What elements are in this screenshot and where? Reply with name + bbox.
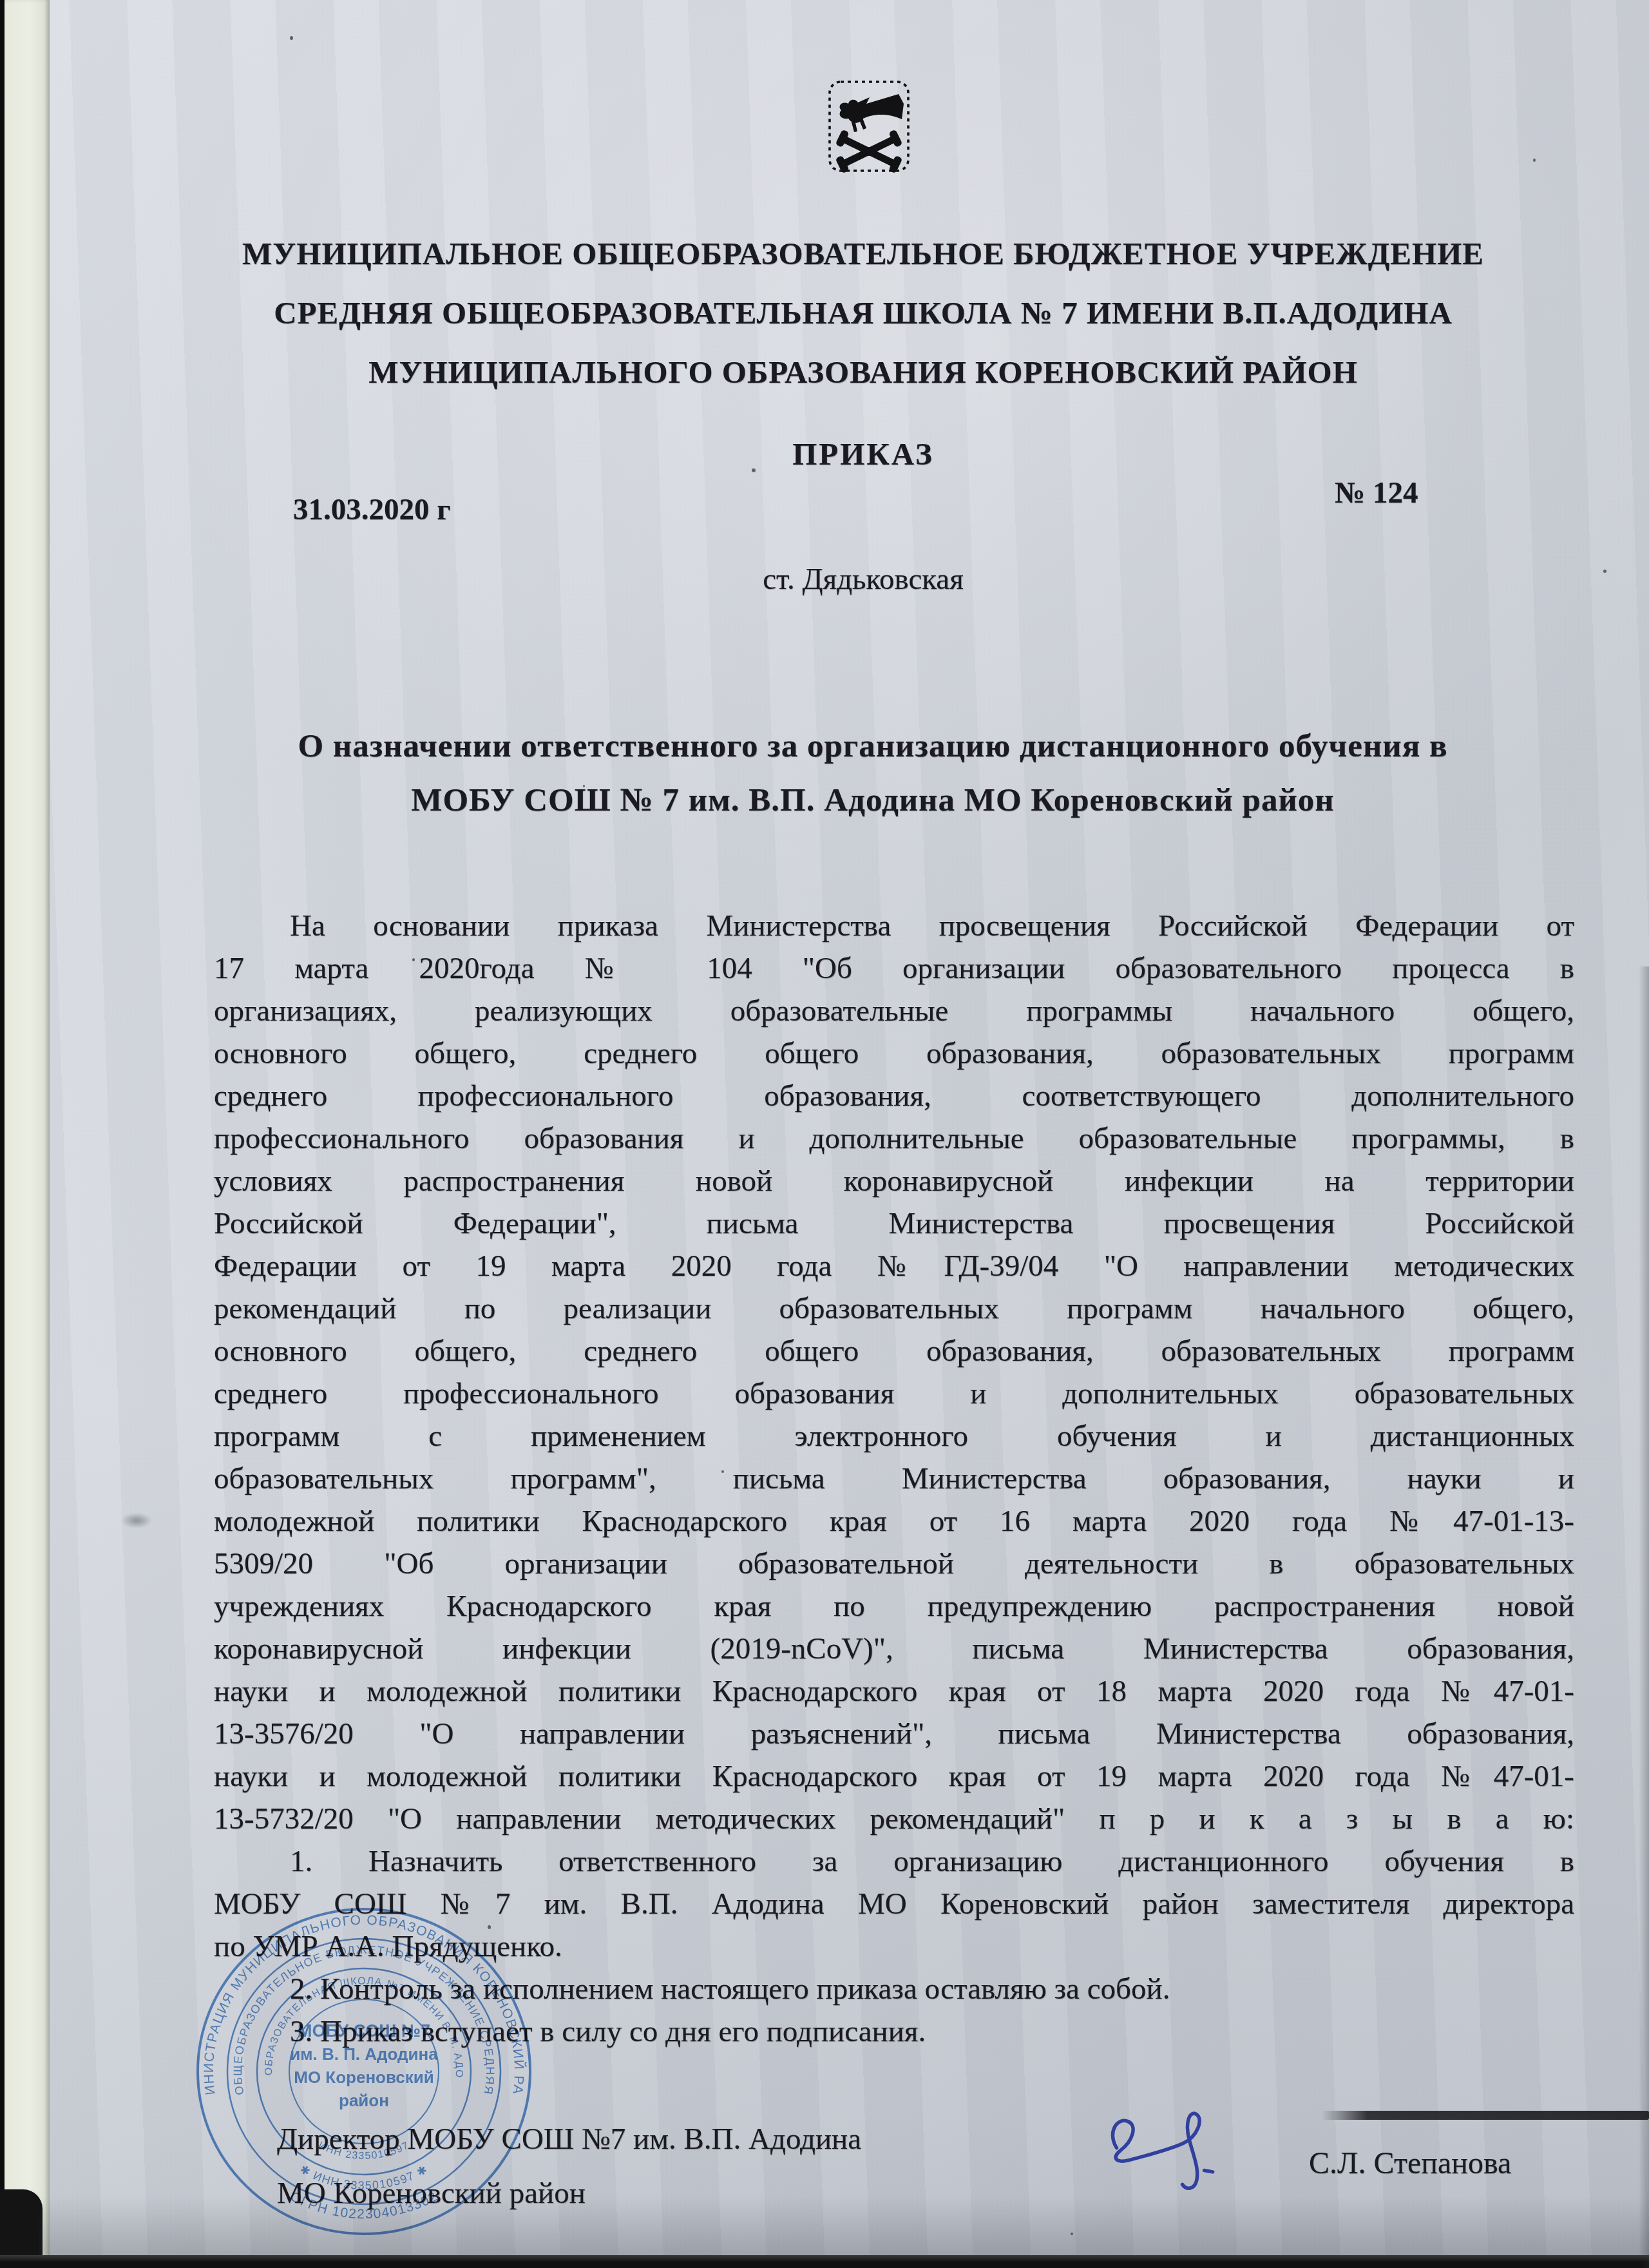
body-line: 1. Назначить ответственного за организац… <box>214 1840 1574 1883</box>
body-line: основного общего, среднего общего образо… <box>214 1032 1574 1075</box>
scan-speck <box>583 785 585 787</box>
scan-speck <box>290 36 293 40</box>
org-name-line: СРЕДНЯЯ ОБЩЕОБРАЗОВАТЕЛЬНАЯ ШКОЛА № 7 ИМ… <box>213 283 1514 343</box>
stamp-center-line: МОБУ СОШ №7 <box>298 2021 430 2041</box>
signer-name: С.Л. Степанова <box>1309 2146 1511 2181</box>
handwritten-signature-icon <box>1071 2087 1252 2218</box>
order-date: 31.03.2020 г <box>293 492 451 527</box>
org-name-line: МУНИЦИПАЛЬНОГО ОБРАЗОВАНИЯ КОРЕНОВСКИЙ Р… <box>213 343 1514 402</box>
scan-speck <box>752 468 756 472</box>
stamp-center-line: МО Кореновский <box>294 2068 434 2087</box>
organization-name: МУНИЦИПАЛЬНОЕ ОБЩЕОБРАЗОВАТЕЛЬНОЕ БЮДЖЕТ… <box>213 224 1514 402</box>
stamp-center-line: им. В. П. Адодина <box>290 2044 438 2064</box>
round-seal-stamp: АДМИНИСТРАЦИЯ МУНИЦИПАЛЬНОГО ОБРАЗОВАНИЯ… <box>193 1904 535 2239</box>
body-line: образовательных программ", письма Минист… <box>214 1457 1574 1500</box>
body-line: науки и молодежной политики Краснодарско… <box>214 1670 1574 1713</box>
document-title: О назначении ответственного за организац… <box>225 719 1520 827</box>
scan-right-shadow <box>1639 966 1649 2268</box>
body-line: организациях, реализующих образовательны… <box>214 990 1574 1032</box>
order-label: ПРИКАЗ <box>219 436 1507 472</box>
order-place: ст. Дядьковская <box>219 562 1507 597</box>
body-line: 13-3576/20 "О направлении разъяснений", … <box>214 1713 1574 1755</box>
body-line: учреждениях Краснодарского края по преду… <box>214 1585 1574 1628</box>
scan-bottom-edge <box>0 2255 1649 2268</box>
scan-speck <box>721 1470 724 1473</box>
body-line: условиях распространения новой коронавир… <box>214 1160 1574 1202</box>
scan-smudge <box>121 1513 152 1528</box>
scan-fold-line <box>1322 2111 1649 2120</box>
scanner-bed-strip <box>5 0 50 2268</box>
body-line: 5309/20 "Об организации образовательной … <box>214 1542 1574 1585</box>
body-line: Федерации от 19 марта 2020 года №ГД-39/0… <box>214 1245 1574 1287</box>
body-line: коронавирусной инфекции (2019-nCoV)", пи… <box>214 1628 1574 1670</box>
body-line: Российской Федерации", письма Министерст… <box>214 1202 1574 1245</box>
scan-speck <box>1071 2233 1073 2235</box>
body-line: среднего профессионального образования, … <box>214 1075 1574 1117</box>
scan-speck <box>488 1925 491 1929</box>
order-body-text: На основании приказа Министерства просве… <box>214 905 1574 2053</box>
document-title-line: МОБУ СОШ № 7 им. В.П. Адодина МО Коренов… <box>225 773 1520 827</box>
stamp-middle-bottom-text: ✱ ИНН 2335010597 ✱ <box>298 2162 430 2192</box>
body-line: программ с применением электронного обуч… <box>214 1415 1574 1457</box>
body-line: профессионального образования и дополнит… <box>214 1117 1574 1160</box>
body-line: молодежной политики Краснодарского края … <box>214 1500 1574 1542</box>
document-page: МУНИЦИПАЛЬНОЕ ОБЩЕОБРАЗОВАТЕЛЬНОЕ БЮДЖЕТ… <box>0 0 1649 2268</box>
body-line: науки и молодежной политики Краснодарско… <box>214 1755 1574 1798</box>
stamp-center-line: район <box>339 2091 389 2110</box>
body-line: 17 марта 2020года № 104 "Об организации … <box>214 947 1574 990</box>
order-number: № 124 <box>1335 476 1418 510</box>
school-coat-of-arms-icon <box>826 79 911 177</box>
body-line: основного общего, среднего общего образо… <box>214 1330 1574 1372</box>
body-line: На основании приказа Министерства просве… <box>214 905 1574 947</box>
scan-speck <box>412 958 415 961</box>
scan-left-edge <box>0 0 5 2268</box>
svg-text:✱ ИНН 2335010597 ✱: ✱ ИНН 2335010597 ✱ <box>298 2162 430 2192</box>
body-line: среднего профессионального образования и… <box>214 1372 1574 1415</box>
org-name-line: МУНИЦИПАЛЬНОЕ ОБЩЕОБРАЗОВАТЕЛЬНОЕ БЮДЖЕТ… <box>213 224 1514 283</box>
document-title-line: О назначении ответственного за организац… <box>225 719 1520 773</box>
scan-speck <box>1603 570 1606 573</box>
scan-speck <box>1533 159 1536 162</box>
body-line: 13-5732/20 "О направлении методических р… <box>214 1798 1574 1840</box>
body-line: рекомендаций по реализации образовательн… <box>214 1287 1574 1330</box>
